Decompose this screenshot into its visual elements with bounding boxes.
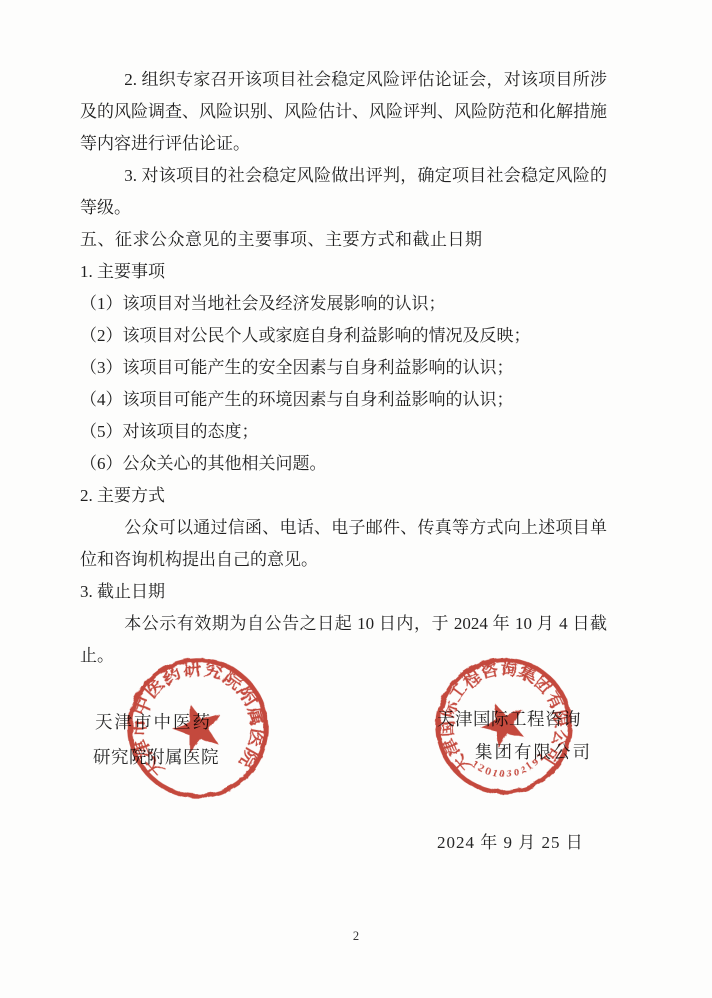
right-org-name-line2: 集团有限公司 [475,744,592,762]
paragraph-method: 公众可以通过信函、电话、电子邮件、传真等方式向上述项目单位和咨询机构提出自己的意… [80,512,607,576]
paragraph-point-3: 3. 对该项目的社会稳定风险做出评判，确定项目社会稳定风险的等级。 [80,160,607,224]
subheading-main-items: 1. 主要事项 [80,256,607,288]
paragraph-point-2: 2. 组织专家召开该项目社会稳定风险评估论证会，对该项目所涉及的风险调查、风险识… [80,64,607,160]
list-item-1: （1）该项目对当地社会及经济发展影响的认识； [80,288,607,320]
list-item-3: （3）该项目可能产生的安全因素与自身利益影响的认识； [80,352,607,384]
subheading-deadline: 3. 截止日期 [80,576,607,608]
document-date: 2024 年 9 月 25 日 [437,834,584,851]
left-org-name-line1: 天津市中医药 [95,714,212,732]
scanned-document-page: 2. 组织专家召开该项目社会稳定风险评估论证会，对该项目所涉及的风险调查、风险识… [0,0,712,998]
page-number: 2 [353,929,359,943]
right-org-name-line1: 天津国际工程咨询 [437,711,581,729]
list-item-2: （2）该项目对公民个人或家庭自身利益影响的情况及反映； [80,320,607,352]
list-item-6: （6）公众关心的其他相关问题。 [80,448,607,480]
page-footer: 2 [0,929,712,944]
section-heading-five: 五、征求公众意见的主要事项、主要方式和截止日期 [80,224,607,256]
paragraph-deadline: 本公示有效期为自公告之日起 10 日内，于 2024 年 10 月 4 日截止。 [80,608,607,672]
document-body: 2. 组织专家召开该项目社会稳定风险评估论证会，对该项目所涉及的风险调查、风险识… [80,64,607,672]
left-org-name-line2: 研究院附属医院 [93,749,219,767]
list-item-5: （5）对该项目的态度； [80,416,607,448]
list-item-4: （4）该项目可能产生的环境因素与自身利益影响的认识； [80,384,607,416]
subheading-main-method: 2. 主要方式 [80,480,607,512]
